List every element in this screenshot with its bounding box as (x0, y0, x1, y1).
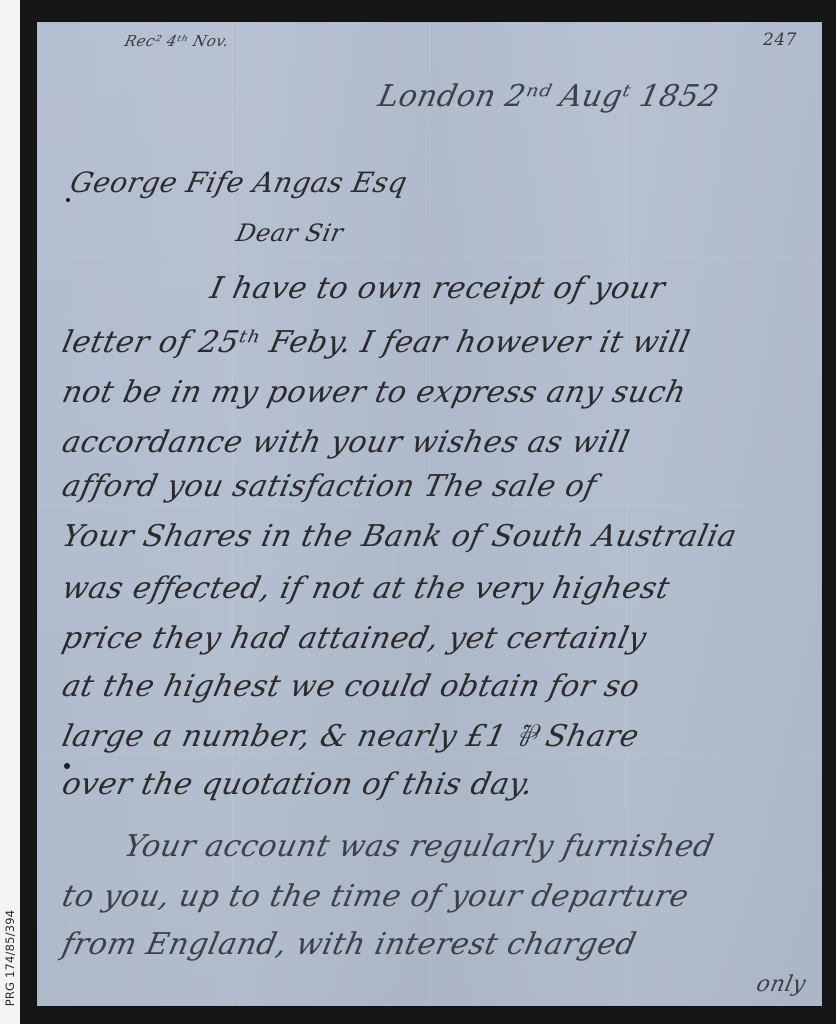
letter-line: not be in my power to express any such (59, 376, 689, 410)
catchword: only (753, 968, 809, 1002)
letter-line: large a number, & nearly £1 ⅌ Share (59, 720, 642, 754)
fold-crease (37, 507, 822, 509)
letter-line: afford you satisfaction The sale of (59, 470, 599, 504)
fold-crease (37, 755, 822, 757)
archive-reference-label: PRG 174/85/394 (1, 898, 19, 1018)
dateline: London 2ⁿᵈ Augᵗ 1852 (375, 80, 722, 114)
letter-line: over the quotation of this day. (59, 768, 536, 802)
archive-reference-text: PRG 174/85/394 (3, 910, 17, 1007)
docket-note: Rec² 4ᵗʰ Nov. (123, 32, 231, 50)
letter-line: price they had attained, yet certainly (59, 622, 649, 656)
letter-line: was effected, if not at the very highest (59, 572, 673, 606)
letter-line: I have to own receipt of your (207, 272, 668, 306)
letter-line: Your account was regularly furnished (121, 830, 717, 864)
letter-line: from England, with interest charged (59, 928, 639, 962)
document-scan-viewer: PRG 174/85/394 Rec² 4ᵗʰ Nov. 247 London … (0, 0, 836, 1024)
fold-crease (37, 259, 822, 261)
letter-line: to you, up to the time of your departure (59, 880, 692, 914)
addressee: George Fife Angas Esq (67, 166, 410, 200)
folio-number: 247 (763, 30, 797, 50)
archive-reference-strip: PRG 174/85/394 (0, 0, 20, 1024)
letter-line: letter of 25ᵗʰ Feby. I fear however it w… (59, 326, 693, 360)
salutation: Dear Sir (233, 216, 347, 250)
letter-page: Rec² 4ᵗʰ Nov. 247 London 2ⁿᵈ Augᵗ 1852 G… (37, 22, 822, 1006)
letter-line: at the highest we could obtain for so (59, 670, 643, 704)
letter-line: accordance with your wishes as will (59, 426, 632, 460)
letter-line: Your Shares in the Bank of South Austral… (59, 520, 740, 554)
